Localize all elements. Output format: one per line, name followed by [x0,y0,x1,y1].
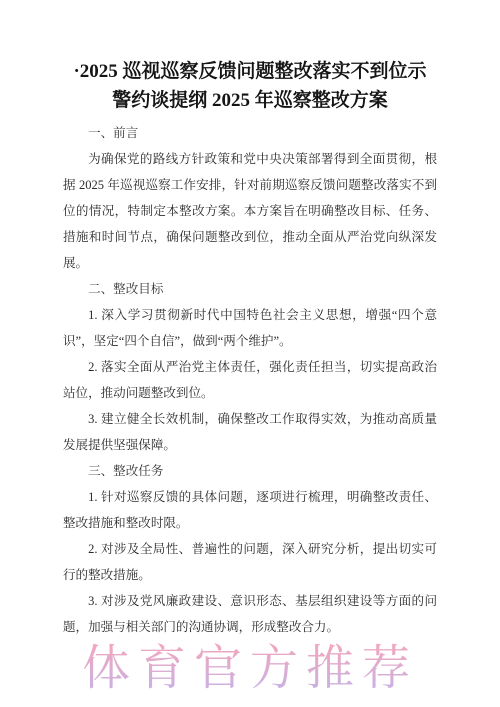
paragraph: 1. 针对巡察反馈的具体问题，逐项进行梳理，明确整改责任、整改措施和整改时限。 [63,484,437,536]
document-page: ·2025 巡视巡察反馈问题整改落实不到位示 警约谈提纲 2025 年巡察整改方… [0,0,500,707]
paragraph: 2. 对涉及全局性、普遍性的问题，深入研究分析，提出切实可行的整改措施。 [63,536,437,588]
document-body: 一、前言为确保党的路线方针政策和党中央决策部署得到全面贯彻，根据 2025 年巡… [63,120,437,640]
title-line-1: ·2025 巡视巡察反馈问题整改落实不到位示 [63,57,437,86]
paragraph: 为确保党的路线方针政策和党中央决策部署得到全面贯彻，根据 2025 年巡视巡察工… [63,146,437,276]
document-title: ·2025 巡视巡察反馈问题整改落实不到位示 警约谈提纲 2025 年巡察整改方… [63,57,437,115]
watermark-text: 体育官方推荐 [63,640,437,698]
paragraph: 1. 深入学习贯彻新时代中国特色社会主义思想，增强“四个意识”，坚定“四个自信”… [63,302,437,354]
paragraph: 3. 对涉及党风廉政建设、意识形态、基层组织建设等方面的问题，加强与相关部门的沟… [63,588,437,640]
section-heading: 三、整改任务 [63,458,437,484]
paragraph: 3. 建立健全长效机制，确保整改工作取得实效，为推动高质量发展提供坚强保障。 [63,406,437,458]
title-line-2: 警约谈提纲 2025 年巡察整改方案 [63,86,437,115]
paragraph: 2. 落实全面从严治党主体责任，强化责任担当，切实提高政治站位，推动问题整改到位… [63,354,437,406]
section-heading: 一、前言 [63,120,437,146]
section-heading: 二、整改目标 [63,276,437,302]
